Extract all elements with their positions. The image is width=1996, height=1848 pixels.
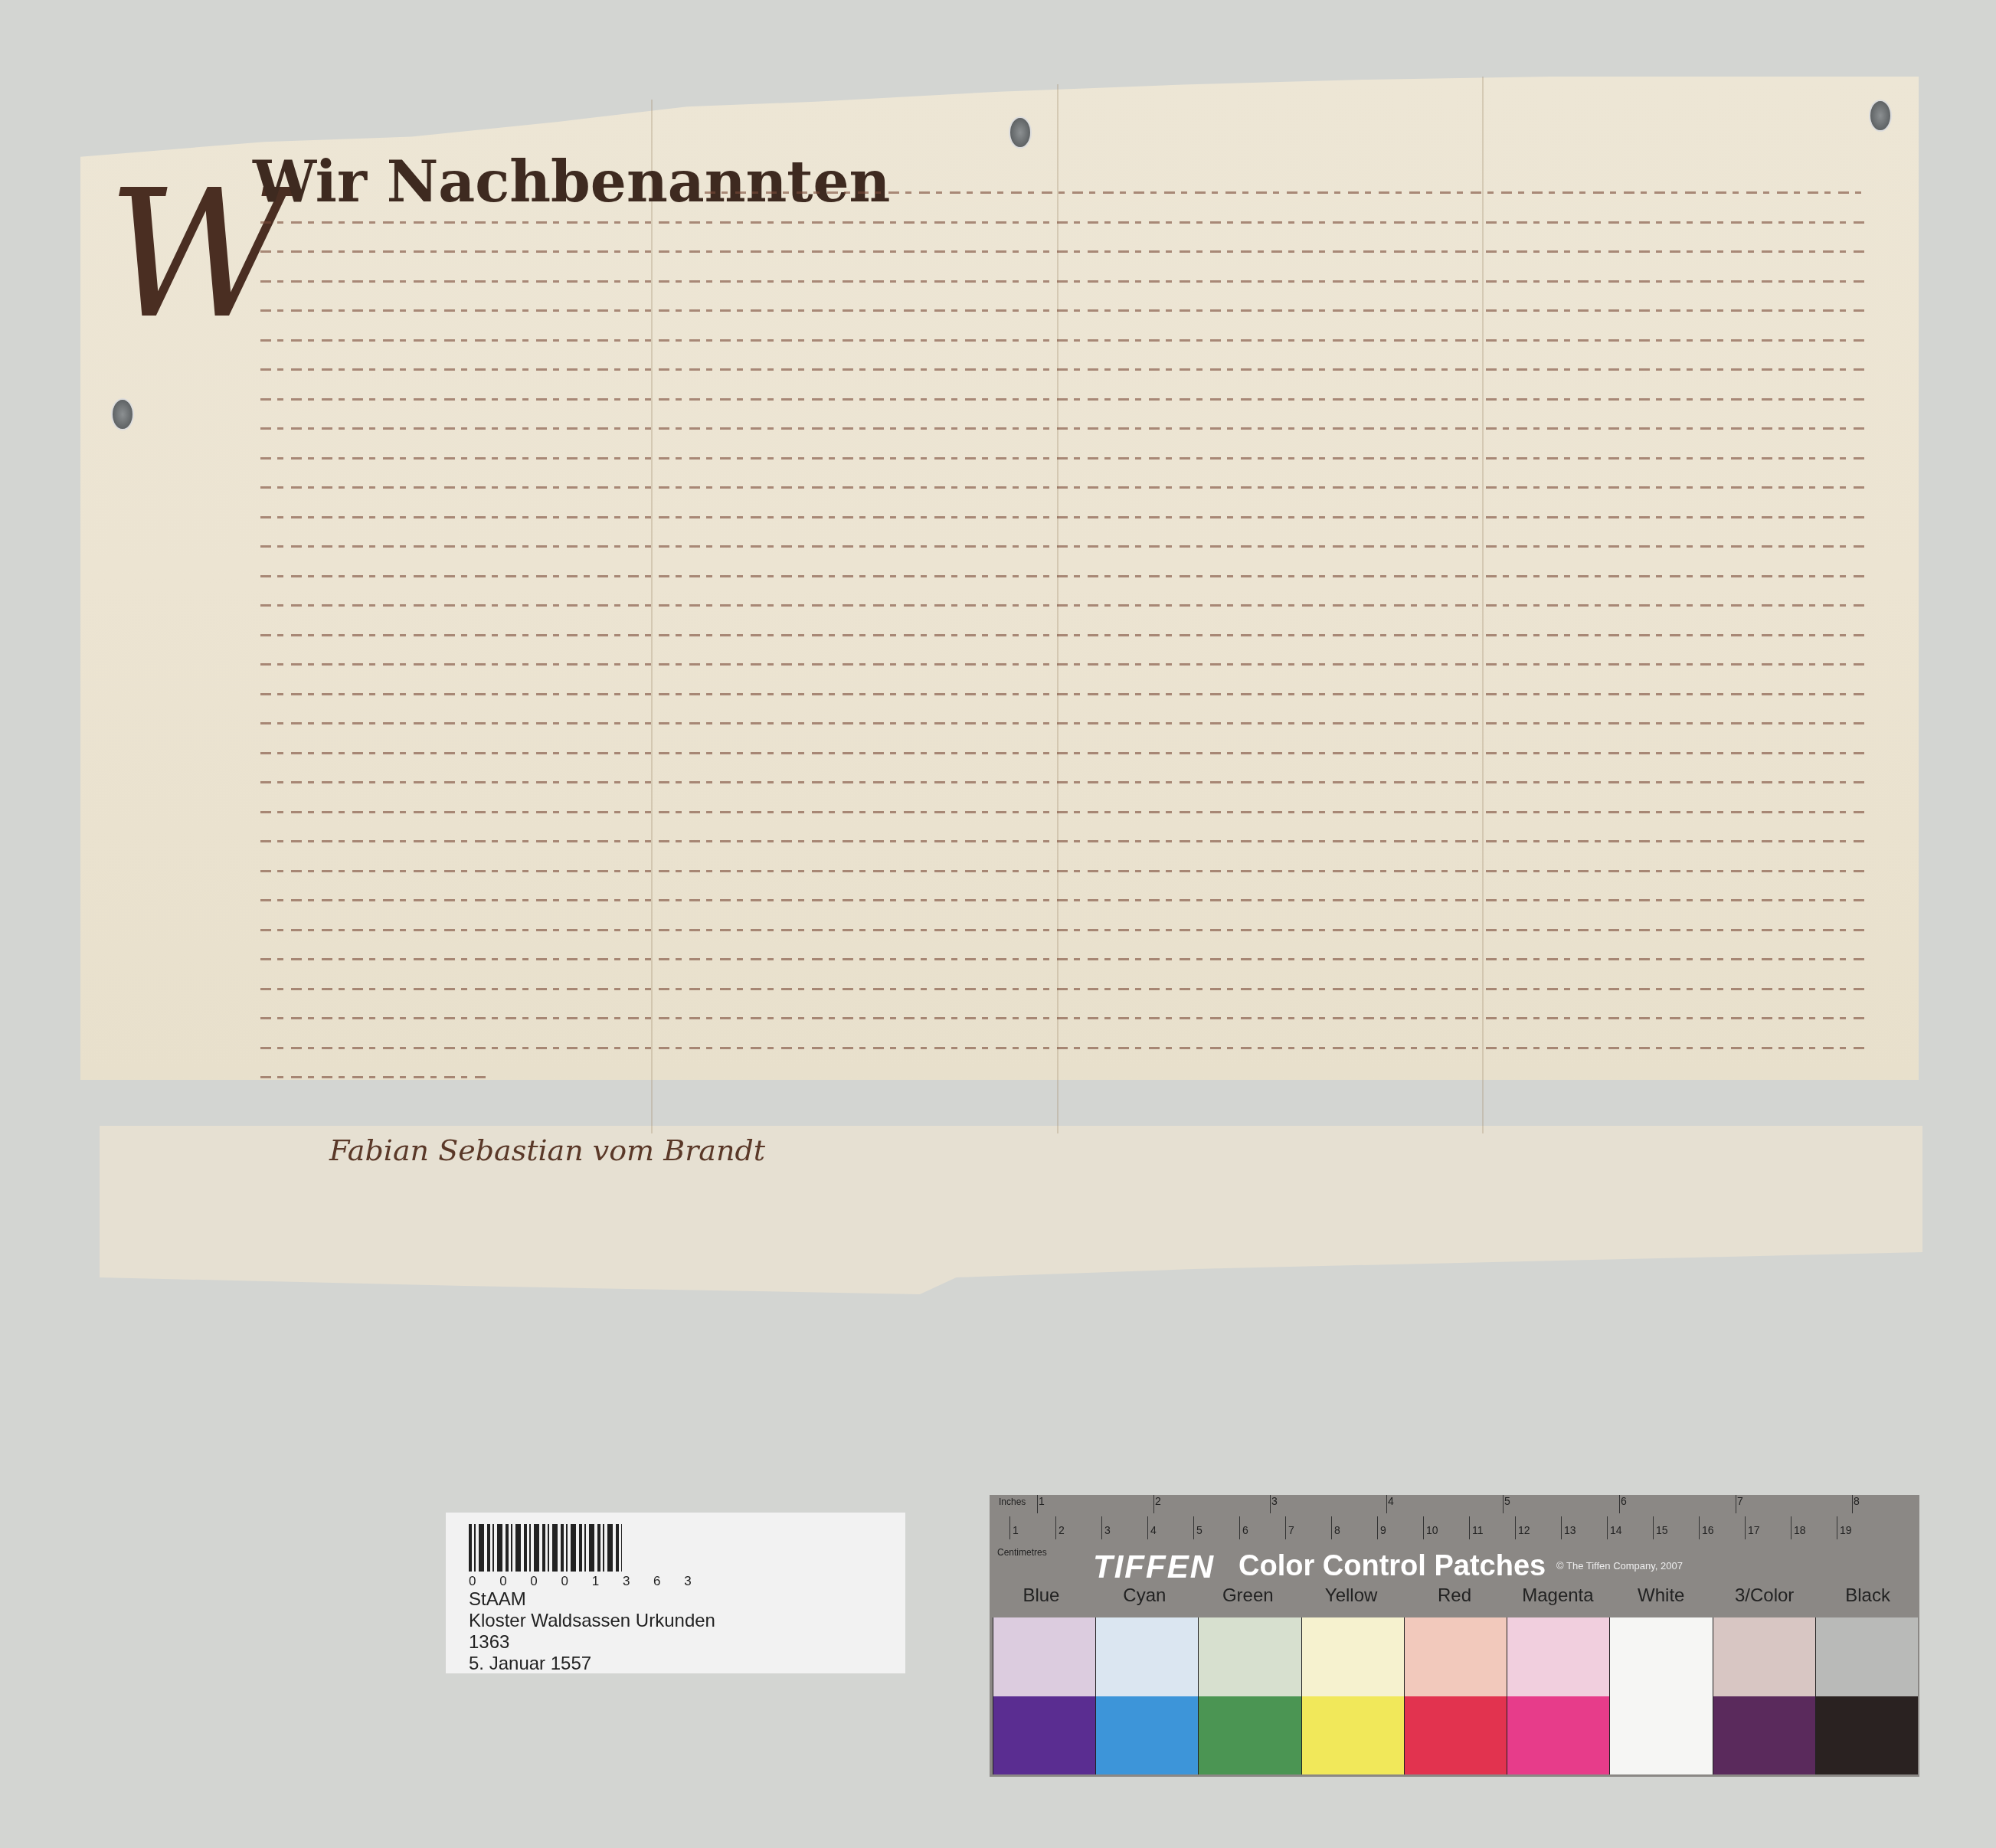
patch-label: Blue xyxy=(990,1585,1093,1607)
text-line xyxy=(260,899,1869,901)
cm-tick-label: 18 xyxy=(1794,1524,1806,1536)
inch-tick-label: 1 xyxy=(1039,1495,1045,1507)
cm-tick-label: 3 xyxy=(1104,1524,1111,1536)
inch-tick xyxy=(1386,1495,1387,1513)
cm-tick-label: 16 xyxy=(1702,1524,1714,1536)
text-line xyxy=(260,604,1869,607)
cm-tick-label: 15 xyxy=(1656,1524,1668,1536)
seal-hole xyxy=(111,398,134,430)
inch-tick-label: 7 xyxy=(1737,1495,1743,1507)
patch-magenta xyxy=(1507,1617,1609,1774)
inch-tick xyxy=(1270,1495,1271,1513)
text-line xyxy=(260,752,1869,754)
cm-tick xyxy=(1193,1516,1194,1539)
text-line xyxy=(260,722,1869,724)
seal-hole xyxy=(1009,116,1032,149)
cm-tick xyxy=(1239,1516,1240,1539)
text-line xyxy=(260,575,1869,577)
cm-tick xyxy=(1699,1516,1700,1539)
cm-tick-label: 14 xyxy=(1610,1524,1622,1536)
patch-blue xyxy=(993,1617,1095,1774)
text-line xyxy=(260,1076,490,1078)
barcode xyxy=(469,1524,622,1572)
text-line xyxy=(260,250,1869,253)
ruler: Inches Centimetres 123456781234567891011… xyxy=(990,1495,1919,1542)
seal-hole xyxy=(1869,100,1892,132)
patch-label: Red xyxy=(1403,1585,1507,1607)
patch-label: Cyan xyxy=(1093,1585,1196,1607)
color-patches xyxy=(993,1617,1918,1774)
cm-tick-label: 10 xyxy=(1426,1524,1438,1536)
cm-tick xyxy=(1285,1516,1286,1539)
inches-label: Inches xyxy=(999,1496,1026,1507)
text-line xyxy=(260,1017,1869,1019)
decorated-initial: W xyxy=(107,153,273,358)
cm-tick xyxy=(1745,1516,1746,1539)
charter-heading: Wir Nachbenannten xyxy=(253,149,890,215)
inch-tick-label: 3 xyxy=(1271,1495,1278,1507)
text-line xyxy=(260,339,1869,342)
text-line xyxy=(260,663,1869,666)
target-title: Color Control Patches xyxy=(1239,1550,1546,1583)
text-line xyxy=(260,398,1869,401)
patch-label: White xyxy=(1609,1585,1713,1607)
patch-white xyxy=(1609,1617,1712,1774)
text-line xyxy=(260,1047,1869,1049)
cm-tick xyxy=(1515,1516,1516,1539)
text-line xyxy=(260,811,1869,813)
patch-label: 3/Color xyxy=(1713,1585,1816,1607)
text-line xyxy=(260,634,1869,636)
fold-line xyxy=(1057,84,1059,1133)
cm-tick xyxy=(1331,1516,1332,1539)
text-line xyxy=(260,516,1869,518)
inch-tick-label: 8 xyxy=(1854,1495,1860,1507)
fold-line xyxy=(651,100,653,1133)
signature: Fabian Sebastian vom Brandt xyxy=(329,1133,765,1167)
color-control-target: Inches Centimetres 123456781234567891011… xyxy=(990,1495,1919,1777)
text-line xyxy=(260,457,1869,460)
cm-tick-label: 19 xyxy=(1840,1524,1852,1536)
inch-tick-label: 2 xyxy=(1155,1495,1161,1507)
text-line xyxy=(260,988,1869,990)
tiffen-logo: TIFFEN xyxy=(1093,1549,1215,1585)
patch-yellow xyxy=(1301,1617,1404,1774)
patch-label: Green xyxy=(1196,1585,1300,1607)
text-line xyxy=(260,870,1869,872)
cm-tick xyxy=(1101,1516,1102,1539)
text-line xyxy=(260,309,1869,312)
text-line xyxy=(260,929,1869,931)
text-line xyxy=(260,545,1869,548)
text-line xyxy=(260,427,1869,430)
cm-tick-label: 5 xyxy=(1196,1524,1203,1536)
cm-tick-label: 1 xyxy=(1013,1524,1019,1536)
text-line xyxy=(260,693,1869,695)
document-date: 5. Januar 1557 xyxy=(469,1653,715,1675)
text-line xyxy=(260,221,1869,224)
cm-tick xyxy=(1791,1516,1791,1539)
text-line xyxy=(260,368,1869,371)
patch-label: Magenta xyxy=(1506,1585,1609,1607)
inch-tick xyxy=(1736,1495,1736,1513)
patch-names: BlueCyanGreenYellowRedMagentaWhite3/Colo… xyxy=(990,1585,1919,1607)
patch-cyan xyxy=(1095,1617,1198,1774)
patch-label: Black xyxy=(1816,1585,1919,1607)
cm-tick-label: 11 xyxy=(1472,1524,1484,1536)
cm-tick xyxy=(1055,1516,1056,1539)
barcode-number: 0 0 0 0 1 3 6 3 xyxy=(469,1574,702,1589)
inch-tick-label: 4 xyxy=(1388,1495,1394,1507)
inch-tick-label: 6 xyxy=(1621,1495,1627,1507)
archive-label: 0 0 0 0 1 3 6 3 StAAM Kloster Waldsassen… xyxy=(446,1513,905,1673)
patch-label: Yellow xyxy=(1300,1585,1403,1607)
archive-name: StAAM xyxy=(469,1589,715,1611)
collection-name: Kloster Waldsassen Urkunden xyxy=(469,1611,715,1632)
cm-tick xyxy=(1607,1516,1608,1539)
cm-tick-label: 4 xyxy=(1150,1524,1157,1536)
cm-tick xyxy=(1009,1516,1010,1539)
cm-tick-label: 13 xyxy=(1564,1524,1576,1536)
inch-tick xyxy=(1153,1495,1154,1513)
patch-3-color xyxy=(1713,1617,1815,1774)
cm-tick xyxy=(1561,1516,1562,1539)
text-line xyxy=(260,280,1869,283)
cm-tick-label: 12 xyxy=(1518,1524,1530,1536)
text-line xyxy=(260,486,1869,489)
text-line xyxy=(705,191,1869,194)
inch-tick xyxy=(1852,1495,1853,1513)
document-number: 1363 xyxy=(469,1632,715,1653)
cm-tick-label: 2 xyxy=(1059,1524,1065,1536)
cm-tick xyxy=(1147,1516,1148,1539)
cm-tick-label: 17 xyxy=(1748,1524,1760,1536)
cm-tick xyxy=(1469,1516,1470,1539)
text-line xyxy=(260,781,1869,783)
inch-tick xyxy=(1619,1495,1620,1513)
cm-tick xyxy=(1653,1516,1654,1539)
patch-red xyxy=(1404,1617,1507,1774)
cm-tick-label: 6 xyxy=(1242,1524,1248,1536)
inch-tick xyxy=(1037,1495,1038,1513)
centimetres-label: Centimetres xyxy=(997,1547,1047,1558)
inch-tick xyxy=(1503,1495,1504,1513)
inch-tick-label: 5 xyxy=(1504,1495,1510,1507)
cm-tick xyxy=(1377,1516,1378,1539)
text-line xyxy=(260,958,1869,960)
patch-black xyxy=(1815,1617,1918,1774)
text-line xyxy=(260,840,1869,842)
copyright-text: © The Tiffen Company, 2007 xyxy=(1556,1560,1683,1572)
cm-tick xyxy=(1423,1516,1424,1539)
cm-tick-label: 8 xyxy=(1334,1524,1340,1536)
cm-tick-label: 7 xyxy=(1288,1524,1294,1536)
cm-tick xyxy=(1837,1516,1837,1539)
cm-tick-label: 9 xyxy=(1380,1524,1386,1536)
patch-green xyxy=(1198,1617,1301,1774)
